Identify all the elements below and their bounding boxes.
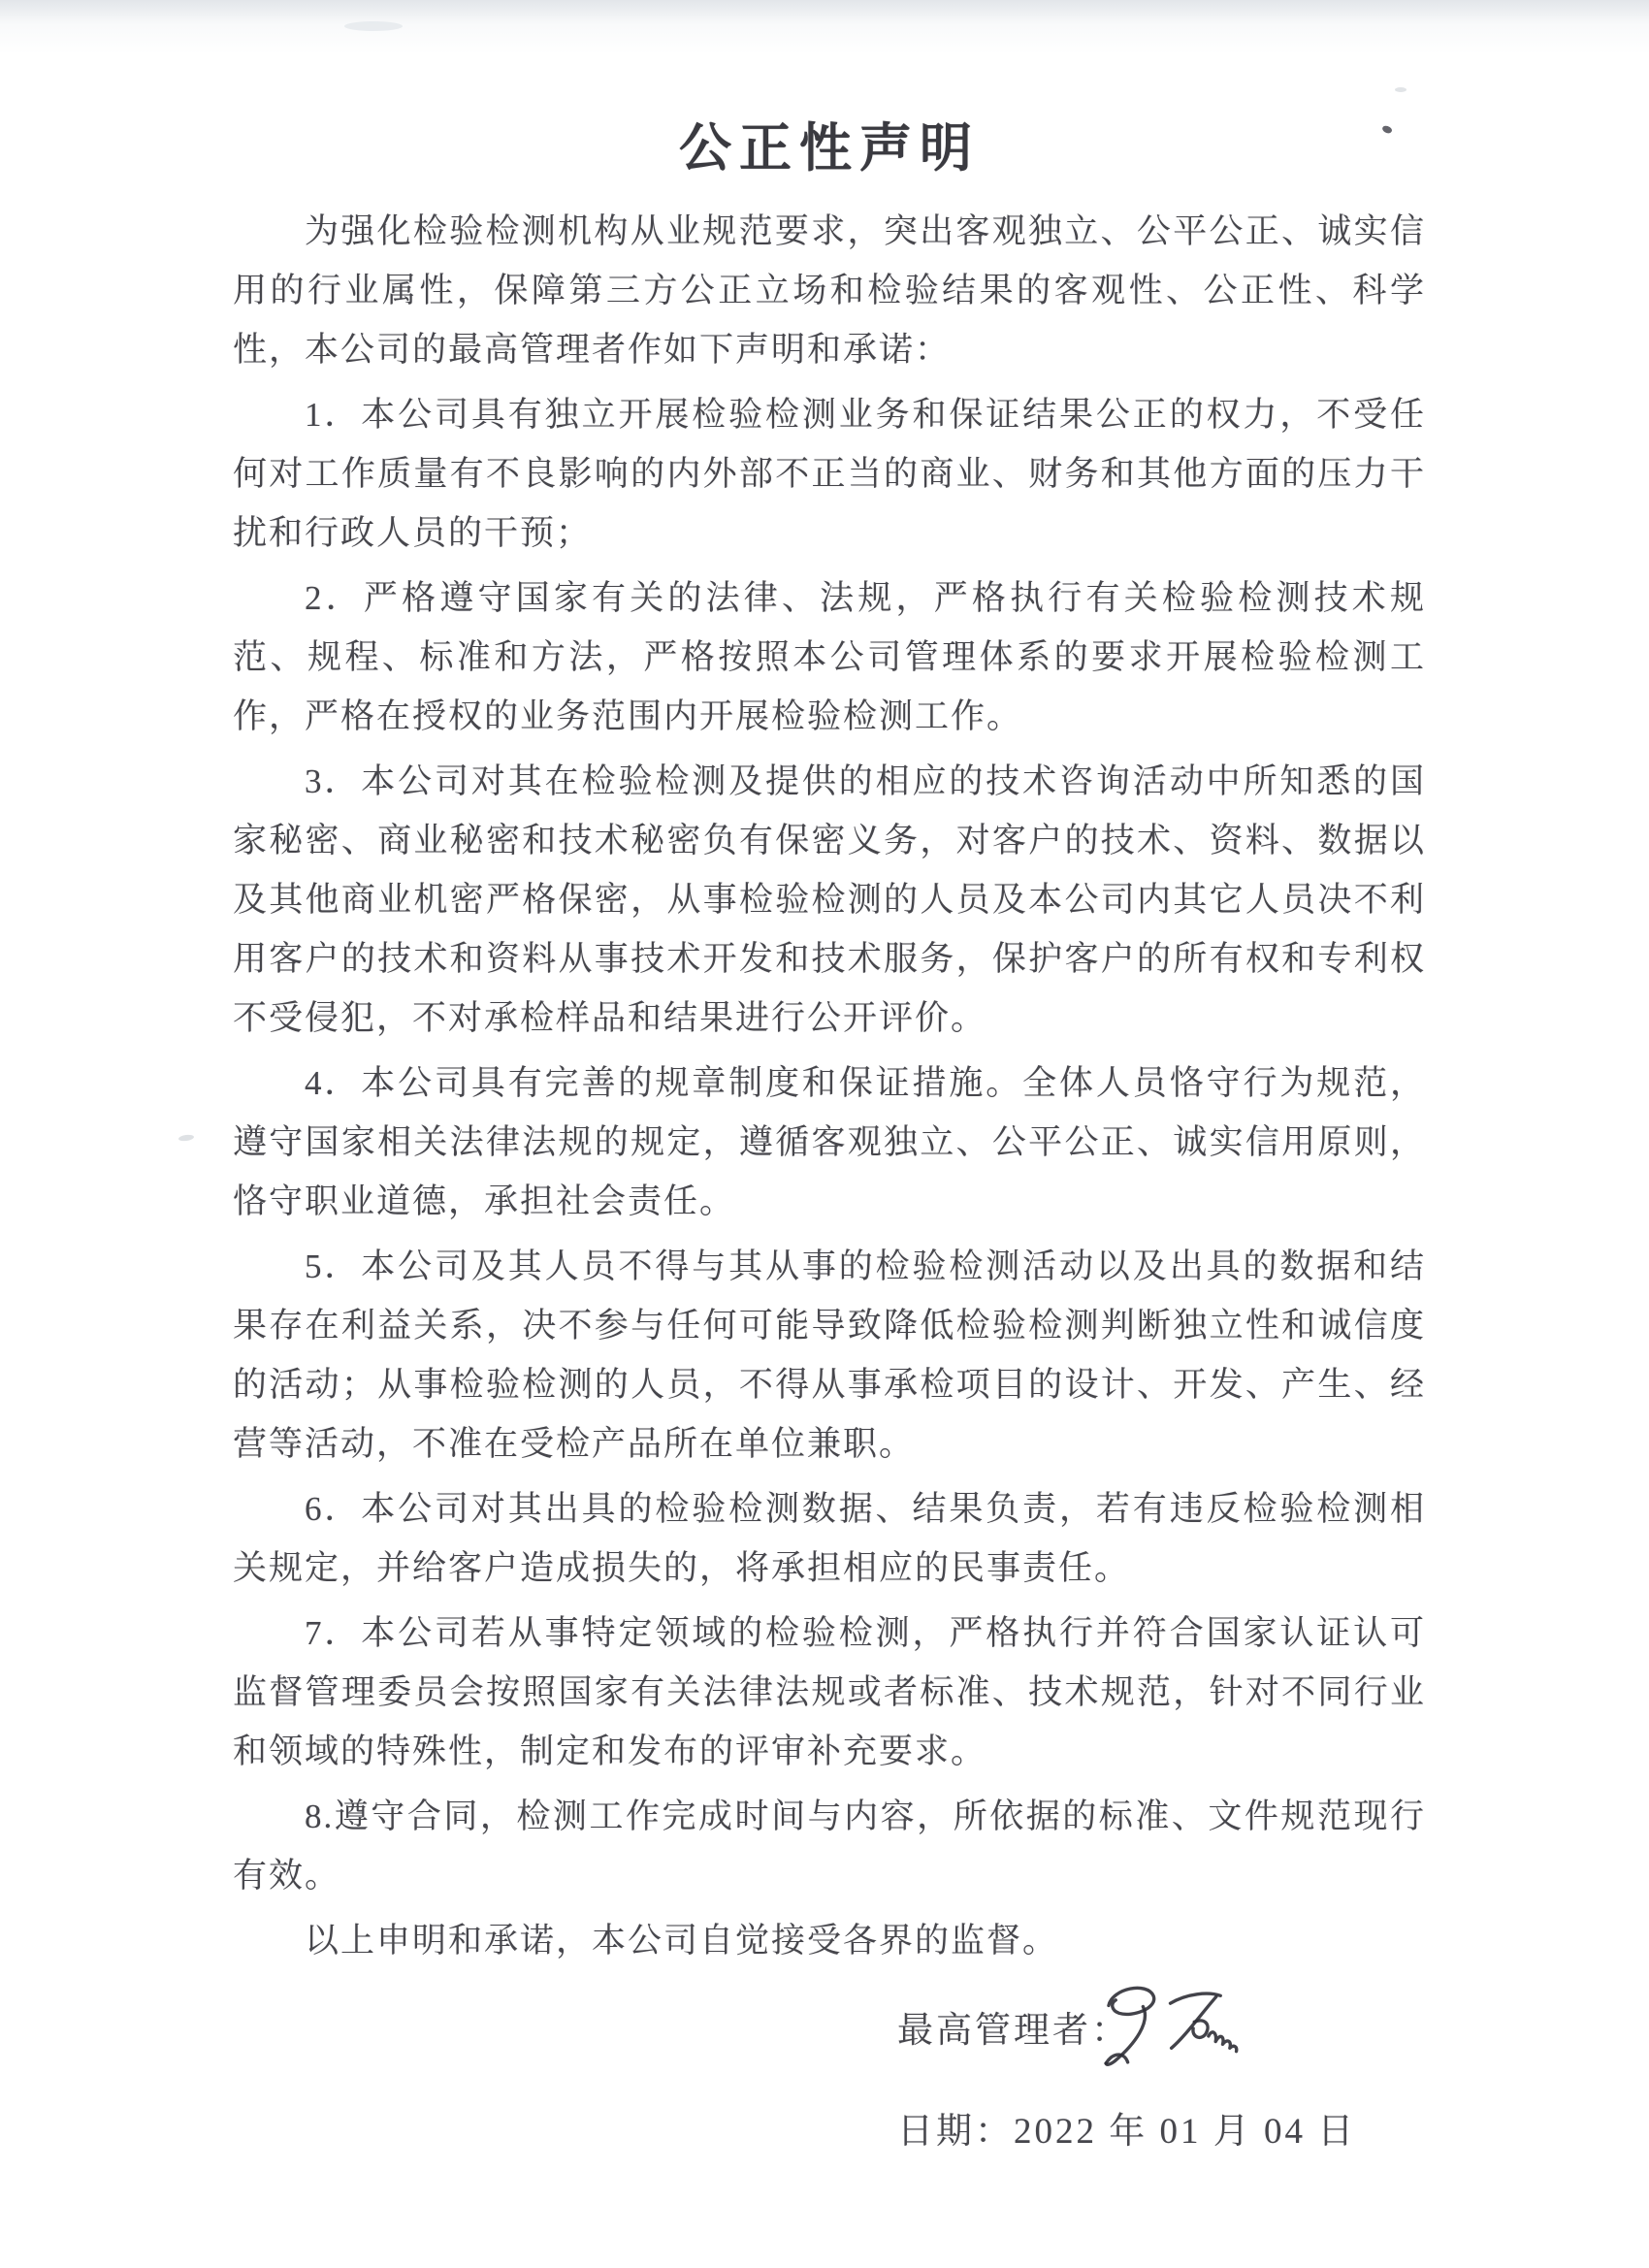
statement-item-7: 7．本公司若从事特定领域的检验检测，严格执行并符合国家认证认可监督管理委员会按照…: [233, 1604, 1426, 1781]
intro-paragraph: 为强化检验检测机构从业规范要求，突出客观独立、公平公正、诚实信用的行业属性，保障…: [233, 202, 1426, 379]
date-label: 日期：: [897, 2112, 1014, 2152]
document-title: 公正性声明: [233, 114, 1426, 182]
statement-item-5: 5．本公司及其人员不得与其从事的检验检测活动以及出具的数据和结果存在利益关系，决…: [233, 1237, 1426, 1474]
scan-edge-shade: [0, 0, 1649, 54]
statement-item-6: 6．本公司对其出具的检验检测数据、结果负责，若有违反检验检测相关规定，并给客户造…: [233, 1479, 1426, 1598]
scan-speck: [344, 21, 403, 31]
date-line: 日期：2022 年 01 月 04 日: [897, 2101, 1356, 2154]
statement-item-2: 2．严格遵守国家有关的法律、法规，严格执行有关检验检测技术规范、规程、标准和方法…: [233, 568, 1426, 746]
handwritten-signature: [1079, 1969, 1253, 2078]
statement-item-3: 3．本公司对其在检验检测及提供的相应的技术咨询活动中所知悉的国家秘密、商业秘密和…: [233, 752, 1426, 1048]
statement-item-4: 4．本公司具有完善的规章制度和保证措施。全体人员恪守行为规范，遵守国家相关法律法…: [233, 1053, 1426, 1231]
statement-item-1: 1．本公司具有独立开展检验检测业务和保证结果公正的权力，不受任何对工作质量有不良…: [233, 385, 1426, 563]
scan-speck: [178, 1134, 195, 1142]
scanned-document-page: 公正性声明 为强化检验检测机构从业规范要求，突出客观独立、公平公正、诚实信用的行…: [0, 0, 1649, 2268]
statement-item-8: 8.遵守合同，检测工作完成时间与内容，所依据的标准、文件规范现行有效。: [233, 1787, 1426, 1905]
closing-line: 以上申明和承诺，本公司自觉接受各界的监督。: [233, 1911, 1426, 1970]
scan-speck: [1395, 87, 1406, 92]
date-value: 2022 年 01 月 04 日: [1014, 2112, 1356, 2152]
